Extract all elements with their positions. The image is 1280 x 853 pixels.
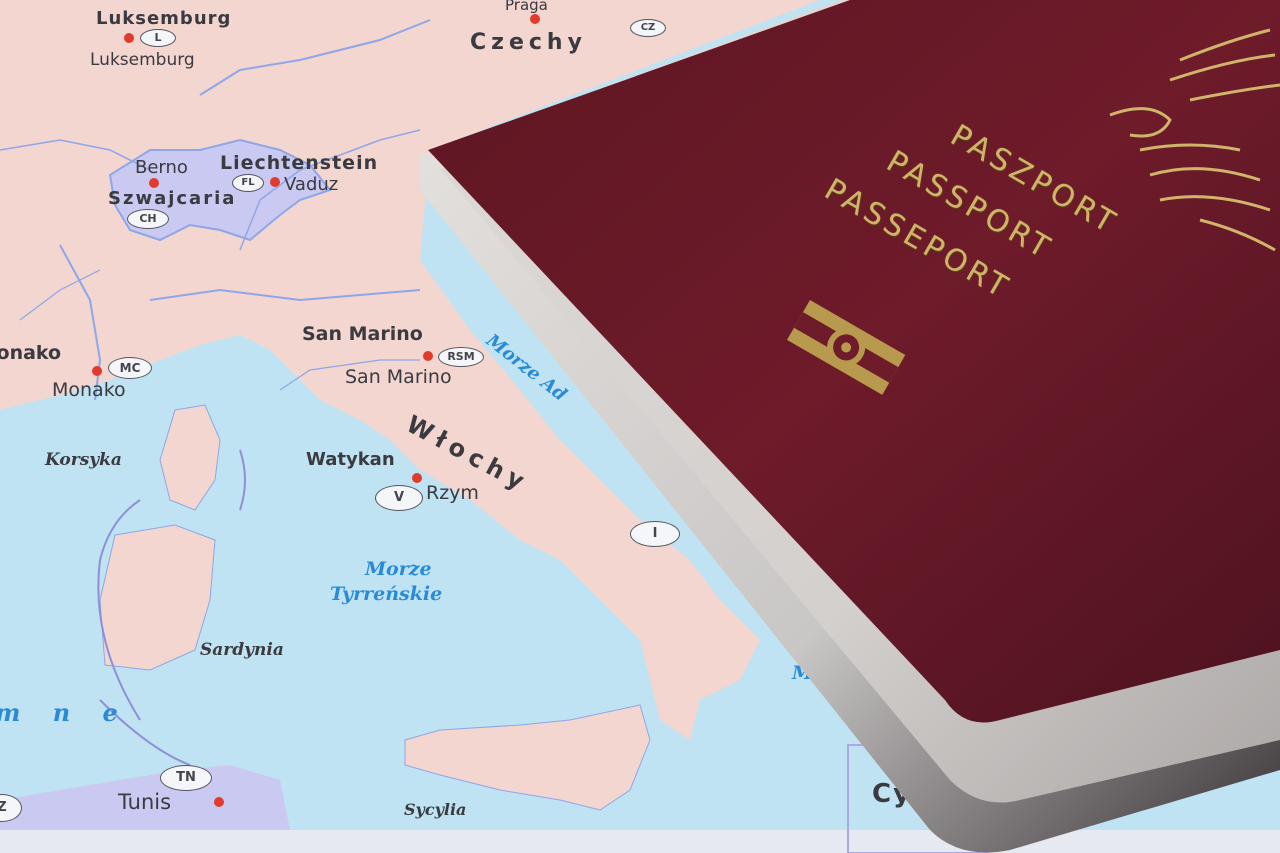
city-dot-luxembourg bbox=[124, 33, 134, 43]
country-code-switzerland: CH bbox=[127, 209, 169, 229]
sea-label-mediterranean: m n e bbox=[0, 698, 130, 727]
city-dot-bern bbox=[149, 178, 159, 188]
country-code-italy: I bbox=[630, 521, 680, 547]
city-dot-vaduz bbox=[270, 177, 280, 187]
city-dot-rome bbox=[412, 473, 422, 483]
country-code-tunisia: TN bbox=[160, 765, 212, 791]
country-label-san-marino: San Marino bbox=[302, 323, 423, 345]
city-dot-tunis bbox=[214, 797, 224, 807]
island-label-corsica: Korsyka bbox=[45, 450, 122, 470]
country-code-luxembourg: L bbox=[140, 29, 176, 47]
country-label-luxembourg: Luksemburg bbox=[96, 8, 231, 29]
country-label-czechia: Czechy bbox=[470, 30, 587, 55]
country-code-liechtenstein: FL bbox=[232, 174, 264, 192]
city-label-monaco: Monako bbox=[52, 379, 126, 401]
country-label-cyprus: Cy bbox=[872, 779, 912, 809]
city-label-luxembourg: Luksemburg bbox=[90, 50, 195, 70]
country-label-liechtenstein: Liechtenstein bbox=[220, 152, 378, 174]
sea-label-tyrrhenian-2: Tyrreńskie bbox=[330, 583, 442, 605]
island-label-sardinia: Sardynia bbox=[200, 640, 284, 660]
city-label-rome: Rzym bbox=[426, 482, 479, 504]
city-label-vaduz: Vaduz bbox=[284, 174, 338, 195]
city-label-prague: Praga bbox=[505, 0, 548, 14]
city-label-bern: Berno bbox=[135, 157, 188, 178]
country-code-vatican: V bbox=[375, 485, 423, 511]
city-label-tunis: Tunis bbox=[118, 790, 171, 814]
sea-label-ionian: M bbox=[792, 662, 813, 684]
country-code-san-marino: RSM bbox=[438, 347, 484, 367]
sea-label-tyrrhenian-1: Morze bbox=[365, 558, 432, 580]
map-background bbox=[0, 0, 1280, 853]
country-label-monaco-edge: lonako bbox=[0, 342, 61, 364]
photo-scene: Luksemburg L Luksemburg Praga Czechy CZ … bbox=[0, 0, 1280, 853]
country-label-vatican: Watykan bbox=[306, 449, 395, 470]
country-code-monaco: MC bbox=[108, 357, 152, 379]
island-label-sicily: Sycylia bbox=[404, 800, 466, 819]
city-dot-san-marino bbox=[423, 351, 433, 361]
city-dot-prague bbox=[530, 14, 540, 24]
country-code-czechia: CZ bbox=[630, 19, 666, 37]
city-dot-monaco bbox=[92, 366, 102, 376]
city-label-san-marino: San Marino bbox=[345, 366, 452, 388]
country-label-switzerland: Szwajcaria bbox=[108, 188, 236, 209]
